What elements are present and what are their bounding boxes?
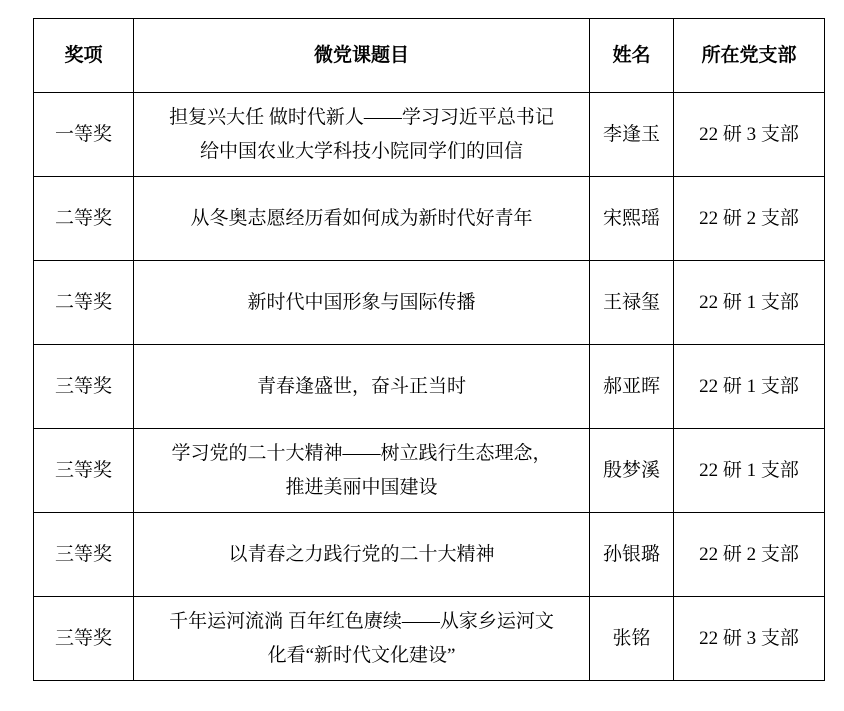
cell-name: 李逢玉 xyxy=(590,93,674,177)
cell-topic: 千年运河流淌 百年红色赓续——从家乡运河文化看“新时代文化建设” xyxy=(134,597,590,681)
cell-name: 王禄玺 xyxy=(590,261,674,345)
cell-branch: 22 研 1 支部 xyxy=(674,345,825,429)
cell-award: 二等奖 xyxy=(34,261,134,345)
cell-branch: 22 研 2 支部 xyxy=(674,177,825,261)
header-topic: 微党课题目 xyxy=(134,19,590,93)
cell-name: 张铭 xyxy=(590,597,674,681)
cell-branch: 22 研 1 支部 xyxy=(674,429,825,513)
cell-name: 宋熙瑶 xyxy=(590,177,674,261)
cell-topic: 从冬奥志愿经历看如何成为新时代好青年 xyxy=(134,177,590,261)
cell-topic: 学习党的二十大精神——树立践行生态理念，推进美丽中国建设 xyxy=(134,429,590,513)
cell-award: 三等奖 xyxy=(34,597,134,681)
cell-branch: 22 研 2 支部 xyxy=(674,513,825,597)
table-row: 三等奖 青春逢盛世，奋斗正当时 郝亚晖 22 研 1 支部 xyxy=(34,345,825,429)
cell-award: 三等奖 xyxy=(34,429,134,513)
table-row: 二等奖 新时代中国形象与国际传播 王禄玺 22 研 1 支部 xyxy=(34,261,825,345)
cell-award: 二等奖 xyxy=(34,177,134,261)
cell-topic: 新时代中国形象与国际传播 xyxy=(134,261,590,345)
cell-name: 孙银璐 xyxy=(590,513,674,597)
cell-branch: 22 研 3 支部 xyxy=(674,597,825,681)
cell-name: 郝亚晖 xyxy=(590,345,674,429)
award-results-table: 奖项 微党课题目 姓名 所在党支部 一等奖 担复兴大任 做时代新人——学习习近平… xyxy=(33,18,825,681)
cell-topic: 青春逢盛世，奋斗正当时 xyxy=(134,345,590,429)
table-row: 三等奖 学习党的二十大精神——树立践行生态理念，推进美丽中国建设 殷梦溪 22 … xyxy=(34,429,825,513)
table-row: 二等奖 从冬奥志愿经历看如何成为新时代好青年 宋熙瑶 22 研 2 支部 xyxy=(34,177,825,261)
table-header-row: 奖项 微党课题目 姓名 所在党支部 xyxy=(34,19,825,93)
table-row: 三等奖 千年运河流淌 百年红色赓续——从家乡运河文化看“新时代文化建设” 张铭 … xyxy=(34,597,825,681)
cell-award: 一等奖 xyxy=(34,93,134,177)
header-name: 姓名 xyxy=(590,19,674,93)
cell-award: 三等奖 xyxy=(34,345,134,429)
table-row: 一等奖 担复兴大任 做时代新人——学习习近平总书记给中国农业大学科技小院同学们的… xyxy=(34,93,825,177)
table-row: 三等奖 以青春之力践行党的二十大精神 孙银璐 22 研 2 支部 xyxy=(34,513,825,597)
cell-branch: 22 研 3 支部 xyxy=(674,93,825,177)
cell-branch: 22 研 1 支部 xyxy=(674,261,825,345)
header-award: 奖项 xyxy=(34,19,134,93)
cell-topic: 担复兴大任 做时代新人——学习习近平总书记给中国农业大学科技小院同学们的回信 xyxy=(134,93,590,177)
cell-award: 三等奖 xyxy=(34,513,134,597)
cell-name: 殷梦溪 xyxy=(590,429,674,513)
cell-topic: 以青春之力践行党的二十大精神 xyxy=(134,513,590,597)
header-branch: 所在党支部 xyxy=(674,19,825,93)
